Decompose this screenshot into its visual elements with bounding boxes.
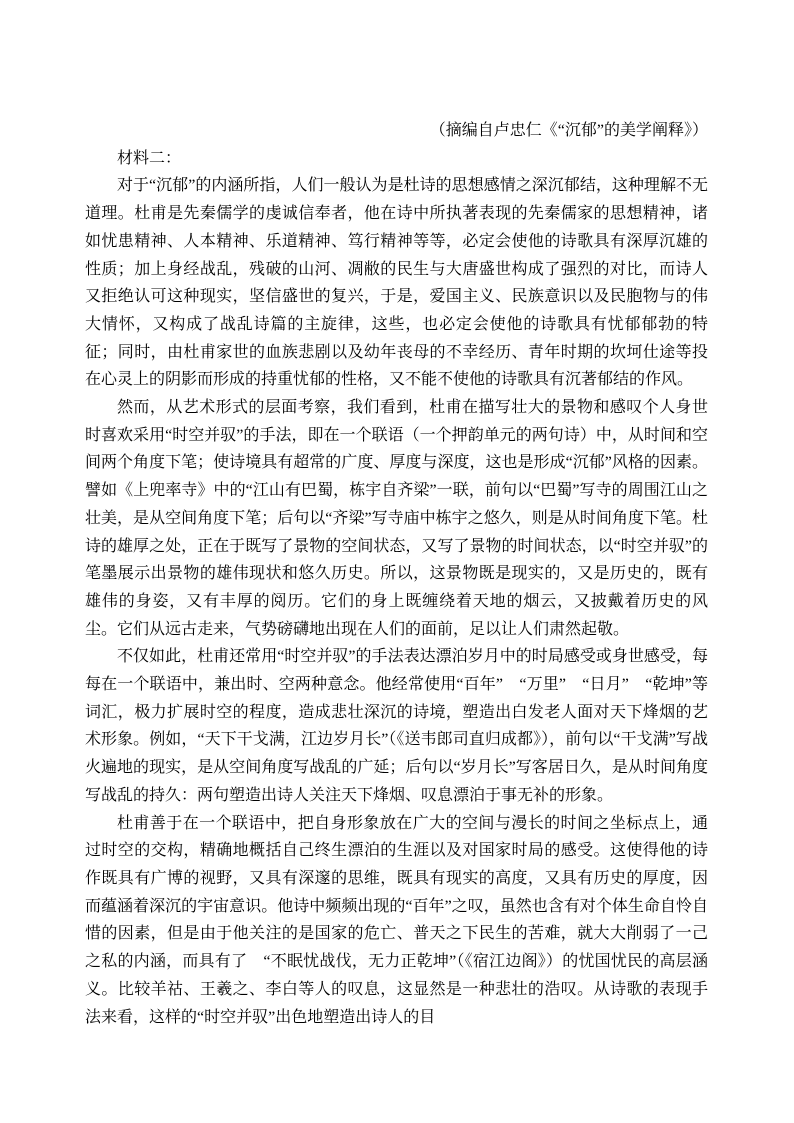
source-attribution: （摘编自卢忠仁《“沉郁”的美学阐释》） <box>85 117 708 145</box>
document-content: （摘编自卢忠仁《“沉郁”的美学阐释》） 材料二： 对于“沉郁”的内涵所指，人们一… <box>85 117 708 1031</box>
document-page: （摘编自卢忠仁《“沉郁”的美学阐释》） 材料二： 对于“沉郁”的内涵所指，人们一… <box>0 0 794 1123</box>
material-two-label: 材料二： <box>85 145 708 173</box>
paragraph-2: 然而，从艺术形式的层面考察，我们看到，杜甫在描写壮大的景物和感叹个人身世时喜欢采… <box>85 394 708 643</box>
paragraph-4: 杜甫善于在一个联语中，把自身形象放在广大的空间与漫长的时间之坐标点上，通过时空的… <box>85 810 708 1032</box>
paragraph-1: 对于“沉郁”的内涵所指，人们一般认为是杜诗的思想感情之深沉郁结，这种理解不无道理… <box>85 172 708 394</box>
paragraph-3: 不仅如此，杜甫还常用“时空并驭”的手法表达漂泊岁月中的时局感受或身世感受，每每在… <box>85 643 708 809</box>
